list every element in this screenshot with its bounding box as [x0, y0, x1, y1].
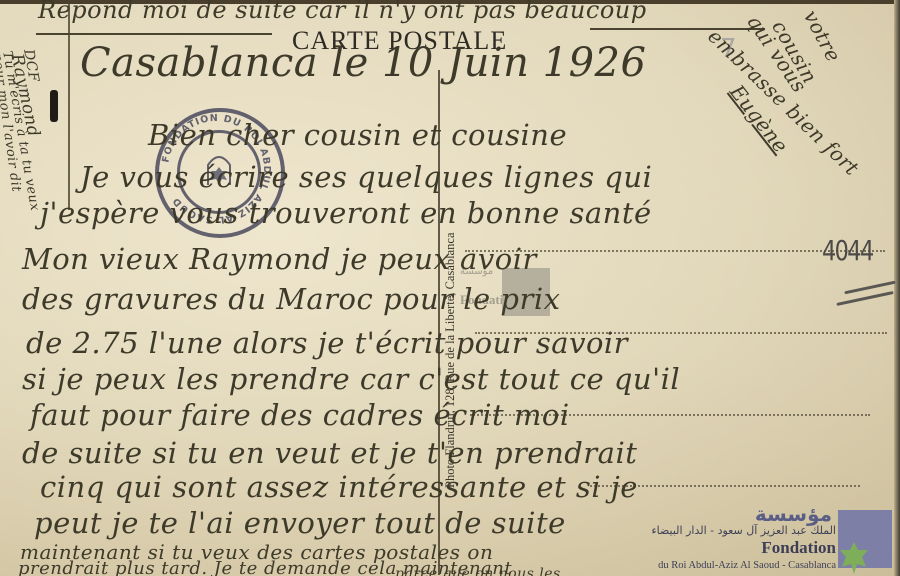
- message-line-7: si je peux les prendre car c'est tout ce…: [22, 362, 680, 396]
- top-rule: [36, 33, 272, 35]
- message-line-14: parce que on nous les: [395, 566, 561, 576]
- logo-arabic-subtitle: الملك عبد العزيز آل سعود - الدار البيضاء: [651, 524, 836, 537]
- message-line-10: cinq qui sont assez intéressante et si j…: [40, 470, 638, 504]
- message-line-4: Mon vieux Raymond je peux avoir: [22, 242, 537, 276]
- message-line-5: des gravures du Maroc pour le prix: [22, 282, 560, 316]
- archive-number: 4044: [822, 234, 873, 267]
- top-margin-note: Repond moi de suite car il n'y ont pas b…: [38, 0, 647, 24]
- message-line-11: peut je te l'ai envoyer tout de suite: [34, 506, 566, 540]
- message-line-2: Je vous écrire ses quelques lignes qui: [80, 160, 652, 194]
- top-rule-right: [590, 28, 765, 30]
- logo-arabic-title: مؤسسة: [755, 502, 832, 526]
- ink-blot: [50, 90, 58, 122]
- foundation-logo: مؤسسة الملك عبد العزيز آل سعود - الدار ا…: [700, 498, 900, 576]
- place-date: Casablanca le 10 Juin 1926: [80, 40, 646, 86]
- postcard-back: Repond moi de suite car il n'y ont pas b…: [0, 0, 900, 576]
- scan-edge-right: [894, 0, 900, 576]
- message-line-3: j'espère vous trouveront en bonne santé: [40, 196, 652, 230]
- logo-fondation: Fondation: [761, 538, 836, 558]
- logo-subtitle: du Roi Abdul-Aziz Al Saoud - Casablanca: [658, 560, 836, 571]
- message-line-9: de suite si tu en veut et je t'en prendr…: [22, 436, 637, 470]
- left-margin-line: [68, 0, 70, 210]
- message-line-6: de 2.75 l'une alors je t'écrit pour savo…: [26, 326, 628, 360]
- logo-star-icon: [838, 542, 870, 574]
- message-line-8: faut pour faire des cadres écrit moi: [30, 398, 570, 432]
- message-line-1: Bien cher cousin et cousine: [148, 118, 567, 152]
